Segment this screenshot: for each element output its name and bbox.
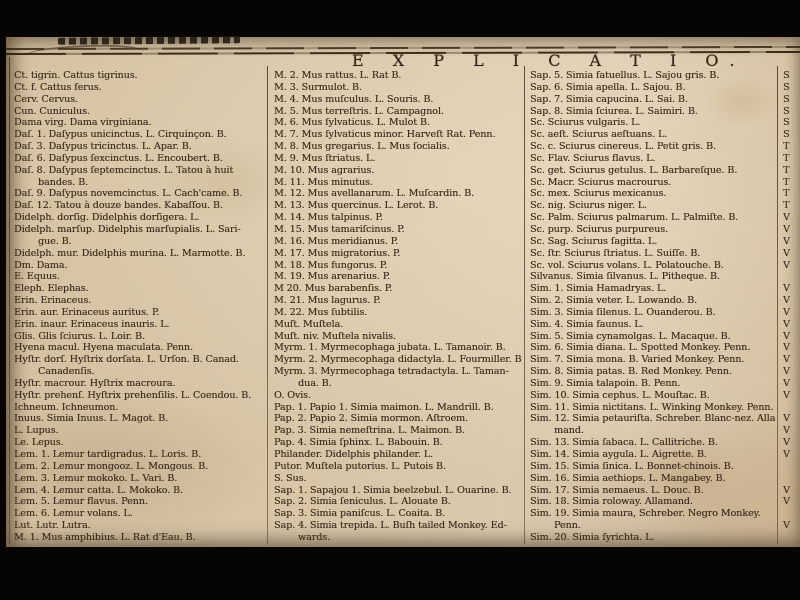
clipped-entry-letter: S (783, 82, 800, 94)
index-entry-line: dua. B. (274, 378, 523, 390)
clipped-entry-letter: S (783, 129, 800, 141)
index-entry-line: Sim. 9. Simia talapoin. B. Penn. (530, 378, 776, 390)
index-entry-line: M. 14. Mus talpinus. P. (274, 212, 523, 224)
index-entry-line: Sim. 1. Simia Hamadryas. L. (530, 283, 776, 295)
clipped-entry-letter: V (783, 413, 800, 425)
index-entry-line: Lem. 6. Lemur volans. L. (14, 508, 266, 520)
index-entry-line: S. Sus. (274, 473, 523, 485)
index-entry-line: Dama virg. Dama virginiana. (14, 117, 266, 129)
index-entry-line: Sim. 8. Simia patas. B. Red Monkey. Penn… (530, 366, 776, 378)
clipped-entry-letter: V (783, 248, 800, 260)
index-entry-line: Didelph. dorſig. Didelphis dorſigera. L. (14, 212, 266, 224)
index-entry-line: Myrm. 1. Myrmecophaga jubata. L. Tamanoi… (274, 342, 523, 354)
page-title-explicatio: E X P L I C A T I O. (352, 51, 747, 70)
index-entry-line: Sim. 20. Simia ſyrichta. L. (530, 532, 776, 544)
index-entry-line: Didelph. marſup. Didelphis marſupialis. … (14, 224, 266, 236)
index-entry-line: M. 22. Mus ſubtilis. (274, 307, 523, 319)
index-entry-line: Sim. 18. Simia roloway. Allamand. (530, 496, 776, 508)
clipped-entry-letter: V (783, 437, 800, 449)
index-entry-line: Erin. aur. Erinaceus auritus. P. (14, 307, 266, 319)
index-entry-line: M. 11. Mus minutus. (274, 177, 523, 189)
clipped-entry-letter: V (783, 520, 800, 532)
text-column-3: Sap. 5. Simia fatuellus. L. Sajou gris. … (530, 70, 776, 546)
index-entry-line: M. 17. Mus migratorius. P. (274, 248, 523, 260)
clipped-entry-letter: V (783, 319, 800, 331)
clipped-entry-letter: V (783, 283, 800, 295)
index-entry-line: Lem. 5. Lemur flavus. Penn. (14, 496, 266, 508)
index-entry-line: Canadenſis. (14, 366, 266, 378)
index-entry-line: Cun. Cuniculus. (14, 106, 266, 118)
index-entry-line: Sap. 2. Simia ſeniculus. L. Alouate B. (274, 496, 523, 508)
index-entry-line: Hyena macul. Hyena maculata. Penn. (14, 342, 266, 354)
index-entry-line: Daſ. 8. Daſypus ſeptemcinctus. L. Tatou … (14, 165, 266, 177)
clipped-entry-letter: V (783, 425, 800, 437)
index-entry-line: Eleph. Elephas. (14, 283, 266, 295)
index-entry-line: Sap. 8. Simia ſciurea. L. Saimiri. B. (530, 106, 776, 118)
index-entry-line: M. 2. Mus rattus. L. Rat B. (274, 70, 523, 82)
column-rule-1-2 (267, 66, 268, 544)
index-entry-line: M. 5. Mus terreſtris. L. Campagnol. (274, 106, 523, 118)
index-entry-line: Ichneum. Ichneumon. (14, 402, 266, 414)
clipped-entry-letter (783, 461, 800, 473)
index-entry-line: Sc. vol. Sciurus volans. L. Polatouche. … (530, 260, 776, 272)
index-entry-line: wards. (274, 532, 523, 544)
index-entry-line: Sim. 19. Simia maura, Schreber. Negro Mo… (530, 508, 776, 520)
index-entry-line: Sap. 4. Simia trepida. L. Buſh tailed Mo… (274, 520, 523, 532)
index-entry-line: Sc. Sciurus vulgaris. L. (530, 117, 776, 129)
index-entry-line: Hyſtr. prehenſ. Hyſtrix prehenſilis. L. … (14, 390, 266, 402)
index-entry-line: Pap. 3. Simia nemeſtrina. L. Maimon. B. (274, 425, 523, 437)
clipped-entry-letter: V (783, 366, 800, 378)
index-entry-line: M. 10. Mus agrarius. (274, 165, 523, 177)
index-entry-line: Daſ. 9. Daſypus novemcinctus. L. Cach'ca… (14, 188, 266, 200)
index-entry-line: Myrm. 2. Myrmecophaga didactyla. L. Four… (274, 354, 523, 366)
text-column-4-clipped: SSSSSSTTTTTTVVVVVVVVVVVVVVVVVVVVVV (783, 70, 800, 546)
index-entry-line: Daſ. 1. Daſypus unicinctus. L. Cirquinço… (14, 129, 266, 141)
index-entry-line: mand. (530, 425, 776, 437)
index-entry-line: Sc. c. Sciurus cinereus. L. Petit gris. … (530, 141, 776, 153)
clipped-entry-letter: V (783, 236, 800, 248)
index-entry-line: Le. Lepus. (14, 437, 266, 449)
text-column-1: Ct. tigrin. Cattus tigrinus.Ct. f. Cattu… (14, 70, 266, 546)
index-entry-line: M 20. Mus barabenſis. P. (274, 283, 523, 295)
index-entry-line: Lem. 4. Lemur catta. L. Mokoko. B. (14, 485, 266, 497)
index-entry-line: Ct. tigrin. Cattus tigrinus. (14, 70, 266, 82)
index-entry-line: M. 19. Mus arenarius. P. (274, 271, 523, 283)
index-entry-line: E. Equus. (14, 271, 266, 283)
index-entry-line: Pap. 4. Simia ſphinx. L. Babouin. B. (274, 437, 523, 449)
index-entry-line: M. 15. Mus tamariſcinus. P. (274, 224, 523, 236)
index-entry-line: M. 18. Mus fungorus. P. (274, 260, 523, 272)
index-entry-line: Penn. (530, 520, 776, 532)
index-entry-line: Sc. Sag. Sciurus ſagitta. L. (530, 236, 776, 248)
index-entry-line: M. 4. Mus muſculus. L. Souris. B. (274, 94, 523, 106)
clipped-entry-letter: T (783, 188, 800, 200)
index-entry-line: M. 21. Mus lagurus. P. (274, 295, 523, 307)
index-entry-line: Muſt. Muſtela. (274, 319, 523, 331)
index-entry-line: Daſ. 12. Tatou à douze bandes. Kabaſſou.… (14, 200, 266, 212)
index-entry-line: M. 12. Mus avellanarum. L. Muſcardin. B. (274, 188, 523, 200)
index-entry-line: bandes. B. (14, 177, 266, 189)
clipped-entry-letter: V (783, 342, 800, 354)
index-entry-line: Sc. aeſt. Sciurus aeſtuans. L. (530, 129, 776, 141)
index-entry-line: M. 8. Mus gregarius. L. Mus ſocialis. (274, 141, 523, 153)
clipped-entry-letter (783, 508, 800, 520)
index-entry-line: Erin. Erinaceus. (14, 295, 266, 307)
column-rule-left (9, 57, 10, 544)
clipped-entry-letter: V (783, 331, 800, 343)
index-entry-line: Sim. 11. Simia nictitans. L. Winking Mon… (530, 402, 776, 414)
index-entry-line: Pap. 1. Papio 1. Simia maimon. L. Mandri… (274, 402, 523, 414)
clipped-entry-letter: T (783, 153, 800, 165)
index-entry-line: Philander. Didelphis philander. L. (274, 449, 523, 461)
text-column-2: M. 2. Mus rattus. L. Rat B.M. 3. Surmulo… (274, 70, 523, 546)
index-entry-line: Sim. 7. Simia mona. B. Varied Monkey. Pe… (530, 354, 776, 366)
index-entry-line: Silvanus. Simia ſilvanus. L. Pitheque. B… (530, 271, 776, 283)
index-entry-line: Sc. nig. Sciurus niger. L. (530, 200, 776, 212)
index-entry-line: Sim. 4. Simia faunus. L. (530, 319, 776, 331)
clipped-entry-letter (783, 473, 800, 485)
index-entry-line: Glis. Glis ſciurus. L. Loir. B. (14, 331, 266, 343)
paper-sheet: E X P L I C A T I O. Ct. tigrin. Cattus … (6, 37, 800, 547)
clipped-entry-letter (783, 271, 800, 283)
index-entry-line: Lem. 1. Lemur tardigradus. L. Loris. B. (14, 449, 266, 461)
index-entry-line: Sap. 3. Simia paniſcus. L. Coaita. B. (274, 508, 523, 520)
clipped-entry-letter (783, 532, 800, 544)
index-entry-line: Daſ. 3. Daſypus tricinctus. L. Apar. B. (14, 141, 266, 153)
index-entry-line: Lut. Lutr. Lutra. (14, 520, 266, 532)
index-entry-line: Daſ. 6. Daſypus ſexcinctus. L. Encoubert… (14, 153, 266, 165)
index-entry-line: Cerv. Cervus. (14, 94, 266, 106)
index-entry-line: M. 3. Surmulot. B. (274, 82, 523, 94)
index-entry-line: gue. B. (14, 236, 266, 248)
clipped-entry-letter: S (783, 70, 800, 82)
clipped-entry-letter: V (783, 260, 800, 272)
index-entry-line: M. 16. Mus meridianus. P. (274, 236, 523, 248)
index-entry-line: Didelph. mur. Didelphis murina. L. Marmo… (14, 248, 266, 260)
column-rule-3-4 (777, 66, 778, 544)
cropped-text-fragment (58, 36, 240, 45)
index-entry-line: M. 9. Mus ſtriatus. L. (274, 153, 523, 165)
index-entry-line: Sim. 2. Simia veter. L. Lowando. B. (530, 295, 776, 307)
index-entry-line: Sim. 5. Simia cynamolgas. L. Macaque. B. (530, 331, 776, 343)
index-entry-line: Hyſtr. macrour. Hyſtrix macroura. (14, 378, 266, 390)
index-entry-line: Sim. 10. Simia cephus. L. Mouſtac. B. (530, 390, 776, 402)
clipped-entry-letter: V (783, 295, 800, 307)
index-entry-line: M. 7. Mus ſylvaticus minor. Harveſt Rat.… (274, 129, 523, 141)
index-entry-line: Sc. purp. Sciurus purpureus. (530, 224, 776, 236)
index-entry-line: Sim. 3. Simia ſilenus. L. Ouanderou. B. (530, 307, 776, 319)
index-entry-line: Dm. Dama. (14, 260, 266, 272)
clipped-entry-letter: V (783, 212, 800, 224)
clipped-entry-letter: T (783, 177, 800, 189)
index-entry-line: Ct. f. Cattus ferus. (14, 82, 266, 94)
column-rule-2-3 (524, 66, 525, 544)
index-entry-line: M. 6. Mus ſylvaticus. L. Mulot B. (274, 117, 523, 129)
index-entry-line: Erin. inaur. Erinaceus inauris. L. (14, 319, 266, 331)
index-entry-line: Sc. Palm. Sciurus palmarum. L. Palmiſte.… (530, 212, 776, 224)
index-entry-line: M. 13. Mus quercinus. L. Lerot. B. (274, 200, 523, 212)
index-entry-line: Sim. 15. Simia ſinica. L. Bonnet-chinois… (530, 461, 776, 473)
clipped-entry-letter: V (783, 354, 800, 366)
clipped-entry-letter: T (783, 141, 800, 153)
clipped-entry-letter (783, 402, 800, 414)
index-entry-line: Sim. 6. Simia diana. L. Spotted Monkey. … (530, 342, 776, 354)
index-entry-line: M. 1. Mus amphibius. L. Rat d'Eau. B. (14, 532, 266, 544)
clipped-entry-letter: V (783, 496, 800, 508)
index-entry-line: Lem. 3. Lemur mokoko. L. Vari. B. (14, 473, 266, 485)
index-entry-line: O. Ovis. (274, 390, 523, 402)
index-entry-line: Sap. 6. Simia apella. L. Sajou. B. (530, 82, 776, 94)
index-entry-line: Sap. 1. Sapajou 1. Simia beelzebul. L. O… (274, 485, 523, 497)
index-entry-line: Myrm. 3. Myrmecophaga tetradactyla. L. T… (274, 366, 523, 378)
index-entry-line: Sim. 14. Simia aygula. L. Aigrette. B. (530, 449, 776, 461)
clipped-entry-letter: V (783, 390, 800, 402)
index-entry-line: Sc. ſtr. Sciurus ſtriatus. L. Suiſſe. B. (530, 248, 776, 260)
clipped-entry-letter: V (783, 224, 800, 236)
index-entry-line: Sc. mex. Sciurus mexicanus. (530, 188, 776, 200)
photograph-of-book-page: E X P L I C A T I O. Ct. tigrin. Cattus … (0, 0, 800, 600)
index-entry-line: Sim. 12. Simia petauriſta. Schreber. Bla… (530, 413, 776, 425)
index-entry-line: Sim. 13. Simia ſabaca. L. Callitriche. B… (530, 437, 776, 449)
index-entry-line: Inuus. Simia Inuus. L. Magot. B. (14, 413, 266, 425)
index-entry-line: Muſt. niv. Muſtela nivalis. (274, 331, 523, 343)
clipped-entry-letter: S (783, 94, 800, 106)
clipped-entry-letter: T (783, 200, 800, 212)
clipped-entry-letter: S (783, 117, 800, 129)
index-entry-line: Sc. Macr. Sciurus macrourus. (530, 177, 776, 189)
index-entry-line: Hyſtr. dorſ. Hyſtrix dorſata. L. Urſon. … (14, 354, 266, 366)
index-entry-line: Lem. 2. Lemur mongooz. L. Mongous. B. (14, 461, 266, 473)
clipped-entry-letter: V (783, 378, 800, 390)
clipped-entry-letter: T (783, 165, 800, 177)
index-entry-line: Sap. 5. Simia fatuellus. L. Sajou gris. … (530, 70, 776, 82)
clipped-entry-letter: V (783, 485, 800, 497)
clipped-entry-letter: S (783, 106, 800, 118)
clipped-entry-letter: V (783, 307, 800, 319)
index-entry-line: Sc. Flav. Sciurus flavus. L. (530, 153, 776, 165)
index-entry-line: Sap. 7. Simia capucina. L. Sai. B. (530, 94, 776, 106)
index-entry-line: Putor. Muſtela putorius. L. Putois B. (274, 461, 523, 473)
index-entry-line: L. Lupus. (14, 425, 266, 437)
clipped-entry-letter: V (783, 449, 800, 461)
index-entry-line: Sc. get. Sciurus getulus. L. Barbareſque… (530, 165, 776, 177)
index-entry-line: Sim. 16. Simia aethiops. L. Mangabey. B. (530, 473, 776, 485)
index-entry-line: Pap. 2. Papio 2. Simia mormon. Aſtroem. (274, 413, 523, 425)
index-entry-line: Sim. 17. Simia nemaeus. L. Douc. B. (530, 485, 776, 497)
